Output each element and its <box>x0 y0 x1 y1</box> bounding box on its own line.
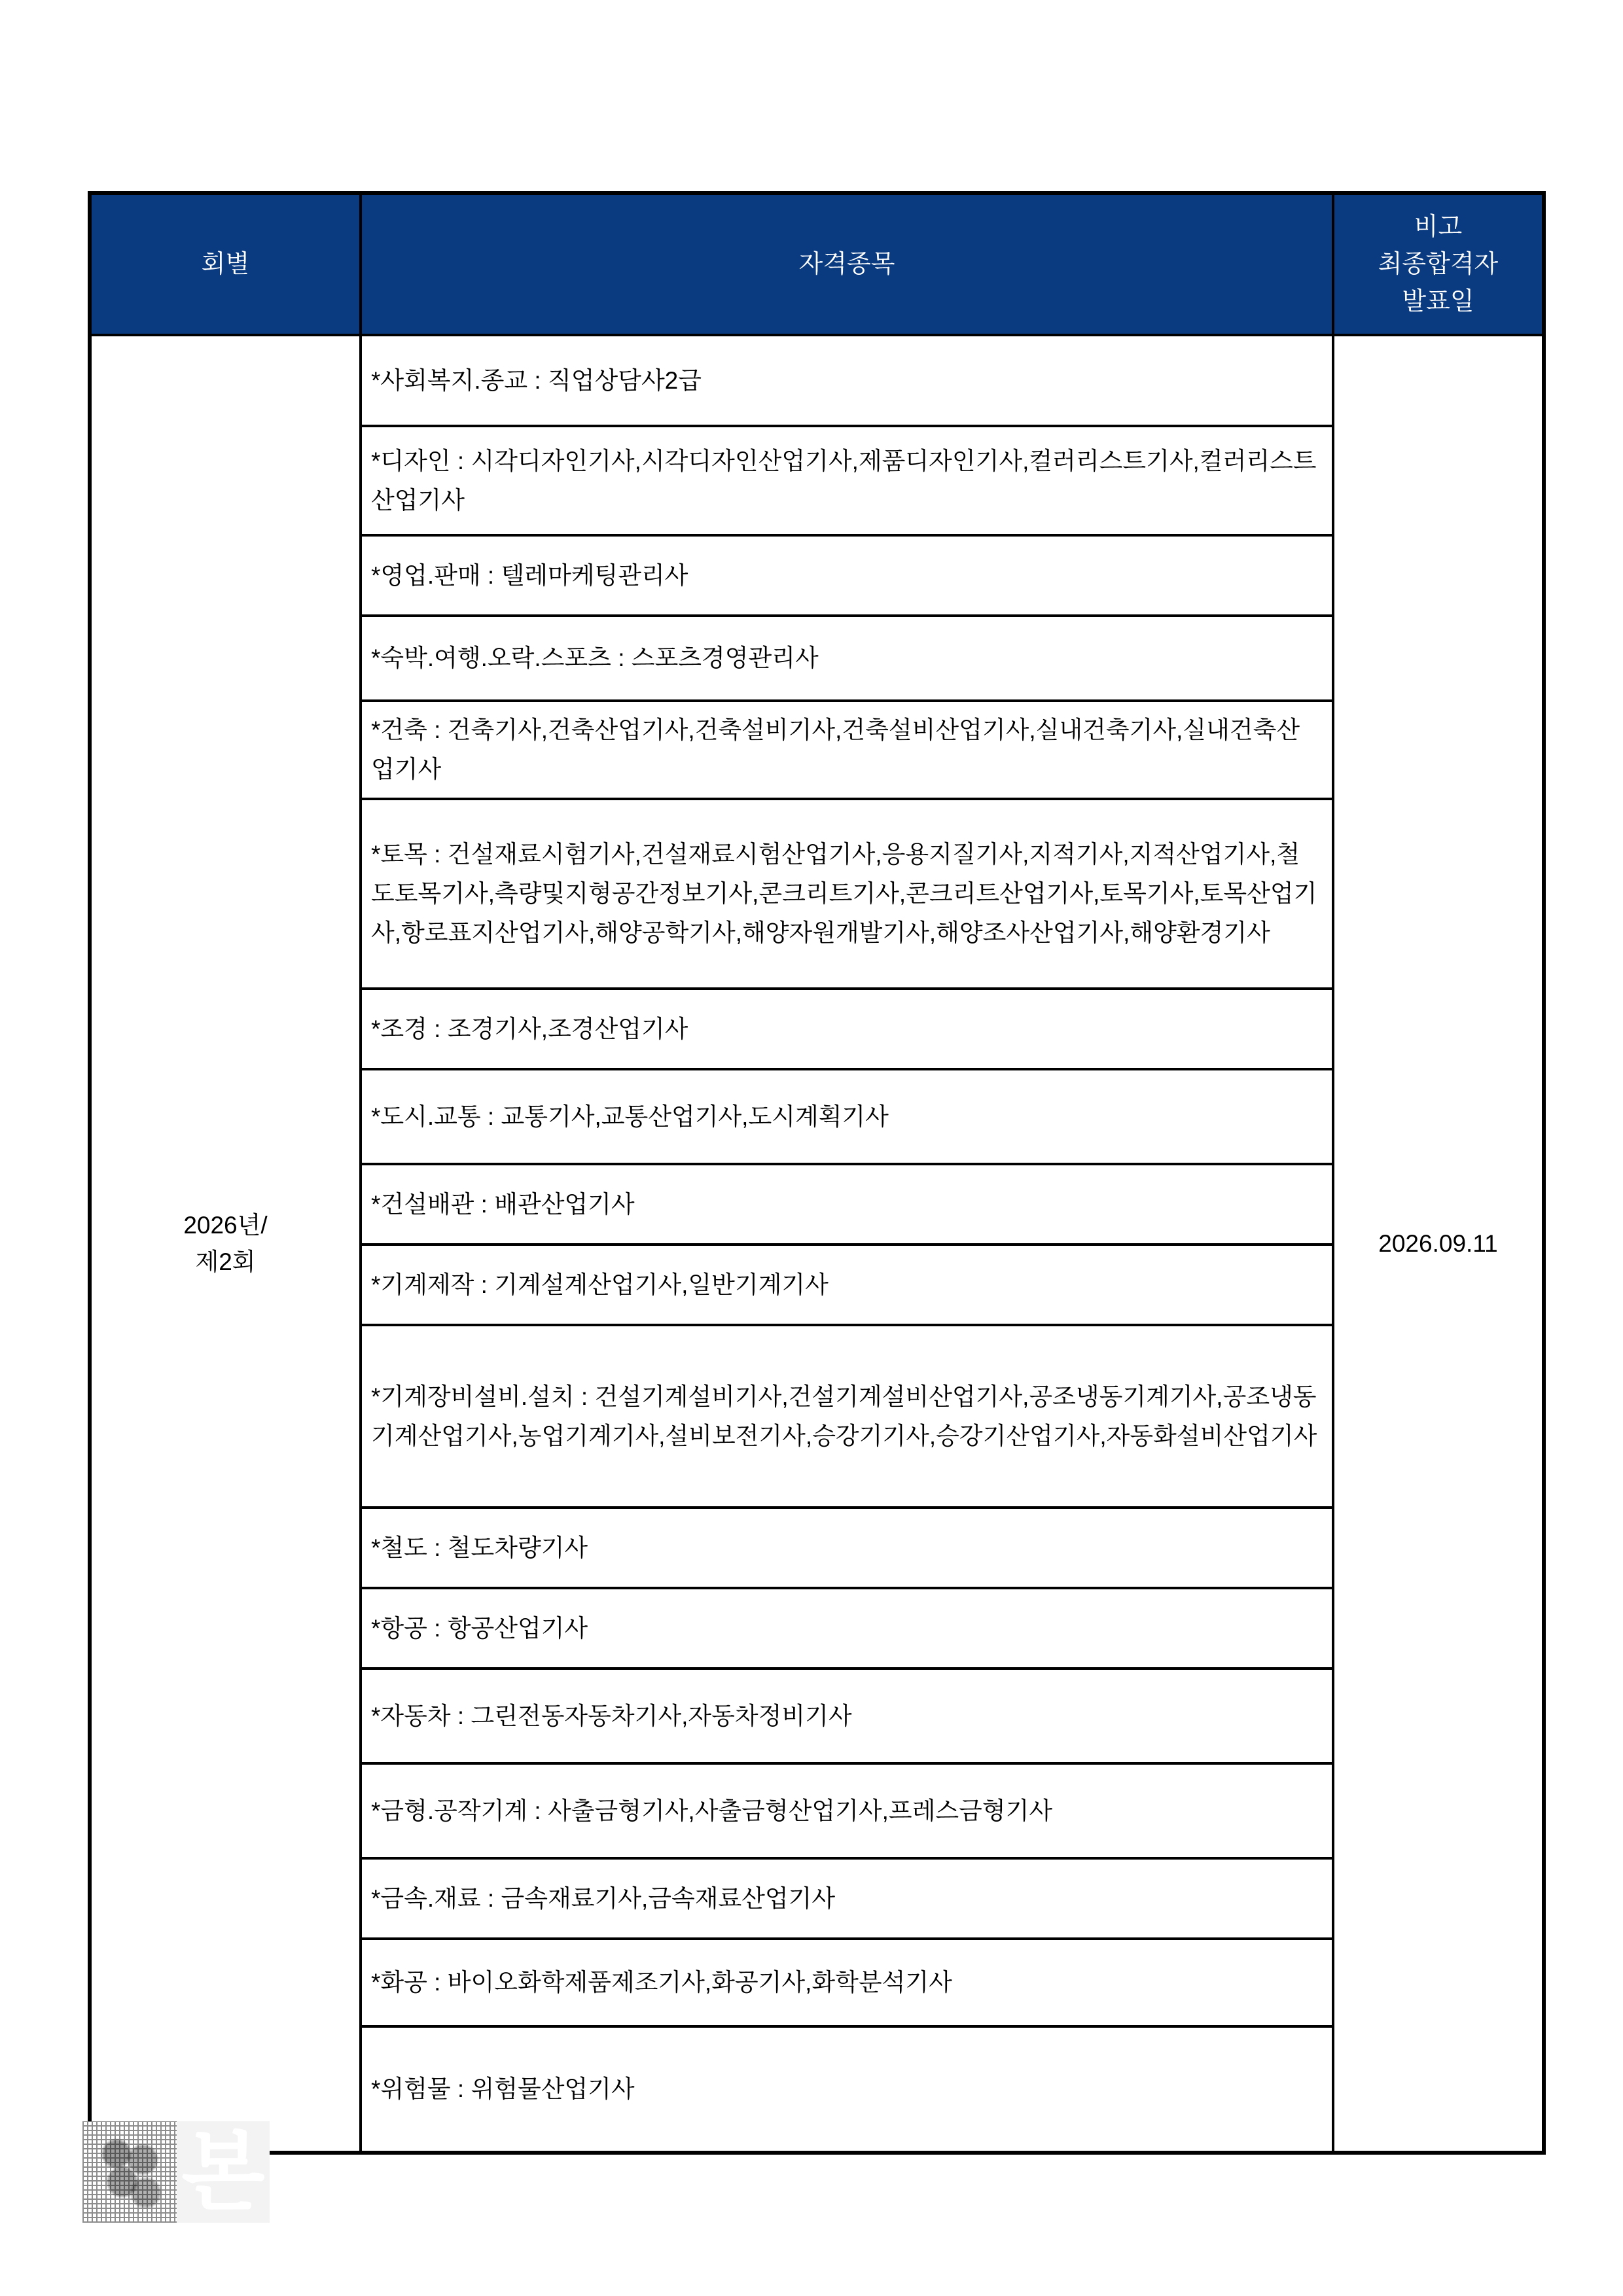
exam-schedule-table: 회별 자격종목 비고 최종합격자 발표일 2026년/ 제2회 *사회복지.종교… <box>88 191 1546 2155</box>
category-cell: *자동차 : 그린전동자동차기사,자동차정비기사 <box>361 1669 1333 1763</box>
exam-schedule-table-wrap: 회별 자격종목 비고 최종합격자 발표일 2026년/ 제2회 *사회복지.종교… <box>88 191 1542 2155</box>
category-cell: *도시.교통 : 교통기사,교통산업기사,도시계획기사 <box>361 1069 1333 1164</box>
table-row: 2026년/ 제2회 *사회복지.종교 : 직업상담사2급 2026.09.11 <box>90 335 1544 426</box>
category-cell: *기계제작 : 기계설계산업기사,일반기계기사 <box>361 1245 1333 1325</box>
stamp-label: 본 <box>177 2121 270 2223</box>
category-cell: *토목 : 건설재료시험기사,건설재료시험산업기사,응용지질기사,지적기사,지적… <box>361 799 1333 989</box>
header-session: 회별 <box>90 193 361 335</box>
category-cell: *디자인 : 시각디자인기사,시각디자인산업기사,제품디자인기사,컬러리스트기사… <box>361 426 1333 535</box>
category-cell: *조경 : 조경기사,조경산업기사 <box>361 989 1333 1069</box>
header-category: 자격종목 <box>361 193 1333 335</box>
original-stamp-watermark: 본 <box>82 2121 270 2223</box>
header-row: 회별 자격종목 비고 최종합격자 발표일 <box>90 193 1544 335</box>
header-note: 비고 최종합격자 발표일 <box>1333 193 1544 335</box>
document-page: 회별 자격종목 비고 최종합격자 발표일 2026년/ 제2회 *사회복지.종교… <box>0 0 1623 2296</box>
category-cell: *영업.판매 : 텔레마케팅관리사 <box>361 535 1333 616</box>
category-cell: *건축 : 건축기사,건축산업기사,건축설비기사,건축설비산업기사,실내건축기사… <box>361 701 1333 799</box>
announce-date-cell: 2026.09.11 <box>1333 335 1544 2153</box>
category-cell: *사회복지.종교 : 직업상담사2급 <box>361 335 1333 426</box>
category-cell: *금속.재료 : 금속재료기사,금속재료산업기사 <box>361 1858 1333 1939</box>
stamp-dot-pattern <box>82 2121 177 2223</box>
category-cell: *항공 : 항공산업기사 <box>361 1588 1333 1669</box>
category-cell: *건설배관 : 배관산업기사 <box>361 1164 1333 1245</box>
category-cell: *기계장비설비.설치 : 건설기계설비기사,건설기계설비산업기사,공조냉동기계기… <box>361 1325 1333 1508</box>
session-cell: 2026년/ 제2회 <box>90 335 361 2153</box>
category-cell: *금형.공작기계 : 사출금형기사,사출금형산업기사,프레스금형기사 <box>361 1763 1333 1858</box>
category-cell: *위험물 : 위험물산업기사 <box>361 2026 1333 2153</box>
category-cell: *화공 : 바이오화학제품제조기사,화공기사,화학분석기사 <box>361 1939 1333 2026</box>
category-cell: *철도 : 철도차량기사 <box>361 1508 1333 1588</box>
category-cell: *숙박.여행.오락.스포츠 : 스포츠경영관리사 <box>361 616 1333 701</box>
